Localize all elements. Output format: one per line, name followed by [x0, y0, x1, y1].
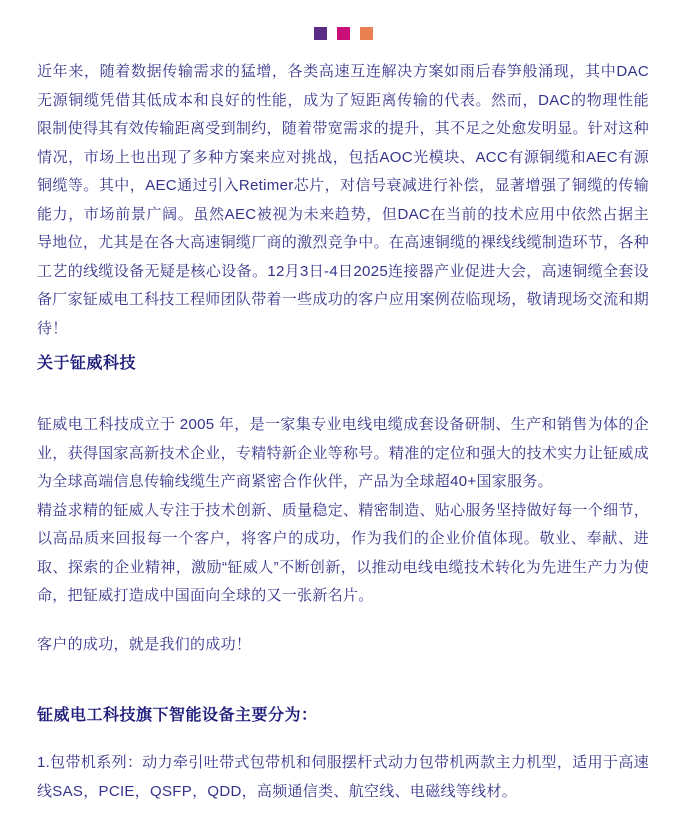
slogan-text: 客户的成功，就是我们的成功！: [37, 631, 649, 660]
devices-section-heading: 钲威电工科技旗下智能设备主要分为：: [37, 705, 649, 727]
article-page: 近年来，随着数据传输需求的猛增，各类高速互连解决方案如雨后春笋般涌现，其中DAC…: [0, 0, 686, 816]
header-divider-squares: [37, 27, 649, 40]
article-body: 近年来，随着数据传输需求的猛增，各类高速互连解决方案如雨后春笋般涌现，其中DAC…: [37, 58, 649, 806]
spirit-paragraph: 精益求精的钲威人专注于技术创新、质量稳定、精密制造、贴心服务坚持做好每一个细节，…: [37, 497, 649, 611]
orange-square-icon: [360, 27, 373, 40]
purple-square-icon: [314, 27, 327, 40]
company-paragraph: 钲威电工科技成立于 2005 年，是一家集专业电线电缆成套设备研制、生产和销售为…: [37, 411, 649, 497]
intro-paragraph: 近年来，随着数据传输需求的猛增，各类高速互连解决方案如雨后春笋般涌现，其中DAC…: [37, 58, 649, 343]
device-series-1-paragraph: 1.包带机系列：动力牵引吐带式包带机和伺服摆杆式动力包带机两款主力机型，适用于高…: [37, 749, 649, 806]
about-section-heading: 关于钲威科技: [37, 353, 649, 375]
magenta-square-icon: [337, 27, 350, 40]
